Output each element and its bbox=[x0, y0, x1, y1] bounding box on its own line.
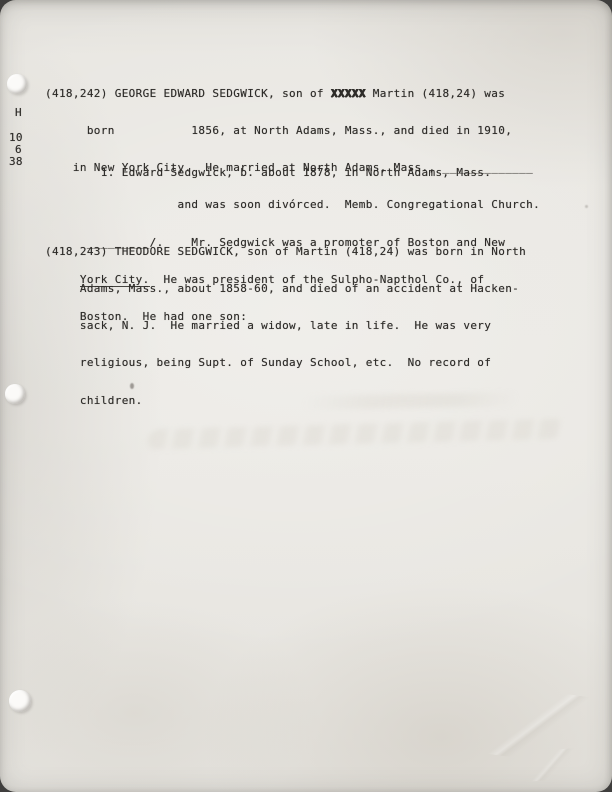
text-segment: Martin (418,24) was bbox=[366, 87, 505, 100]
entry-418-243: (418,243) THEODORE SEDGWICK, son of Mart… bbox=[45, 221, 526, 432]
text-line: (418,243) THEODORE SEDGWICK, son of Mart… bbox=[45, 246, 526, 258]
text-line: sack, N. J. He married a widow, late in … bbox=[45, 320, 526, 332]
text-line: born 1856, at North Adams, Mass., and di… bbox=[45, 125, 540, 137]
scanned-page: H 10 6 38 (418,242) GEORGE EDWARD SEDGWI… bbox=[0, 0, 612, 792]
child-list-item: 1. Edward Sedgwick, b. about 1878, in No… bbox=[45, 167, 491, 179]
punch-hole-middle bbox=[5, 384, 25, 404]
text-line: religious, being Supt. of Sunday School,… bbox=[45, 357, 526, 369]
struck-out-text: XXXXX bbox=[331, 87, 366, 100]
text-segment: (418,242) GEORGE EDWARD SEDGWICK, son of bbox=[45, 87, 331, 100]
paper-crease bbox=[499, 747, 601, 784]
text-line: Adams, Mass., about 1858-60, and died of… bbox=[45, 283, 526, 295]
margin-note-38: 38 bbox=[9, 155, 23, 168]
margin-note-h: H bbox=[15, 106, 22, 119]
text-line: children. bbox=[45, 395, 526, 407]
paper-speck bbox=[585, 205, 588, 208]
text-line: and was soon divórced. Memb. Congregatio… bbox=[45, 199, 540, 211]
punch-hole-top bbox=[7, 74, 27, 94]
punch-hole-bottom bbox=[9, 690, 31, 712]
paper-speck bbox=[130, 383, 134, 389]
text-line: (418,242) GEORGE EDWARD SEDGWICK, son of… bbox=[45, 88, 540, 100]
paper-crease bbox=[466, 681, 604, 768]
